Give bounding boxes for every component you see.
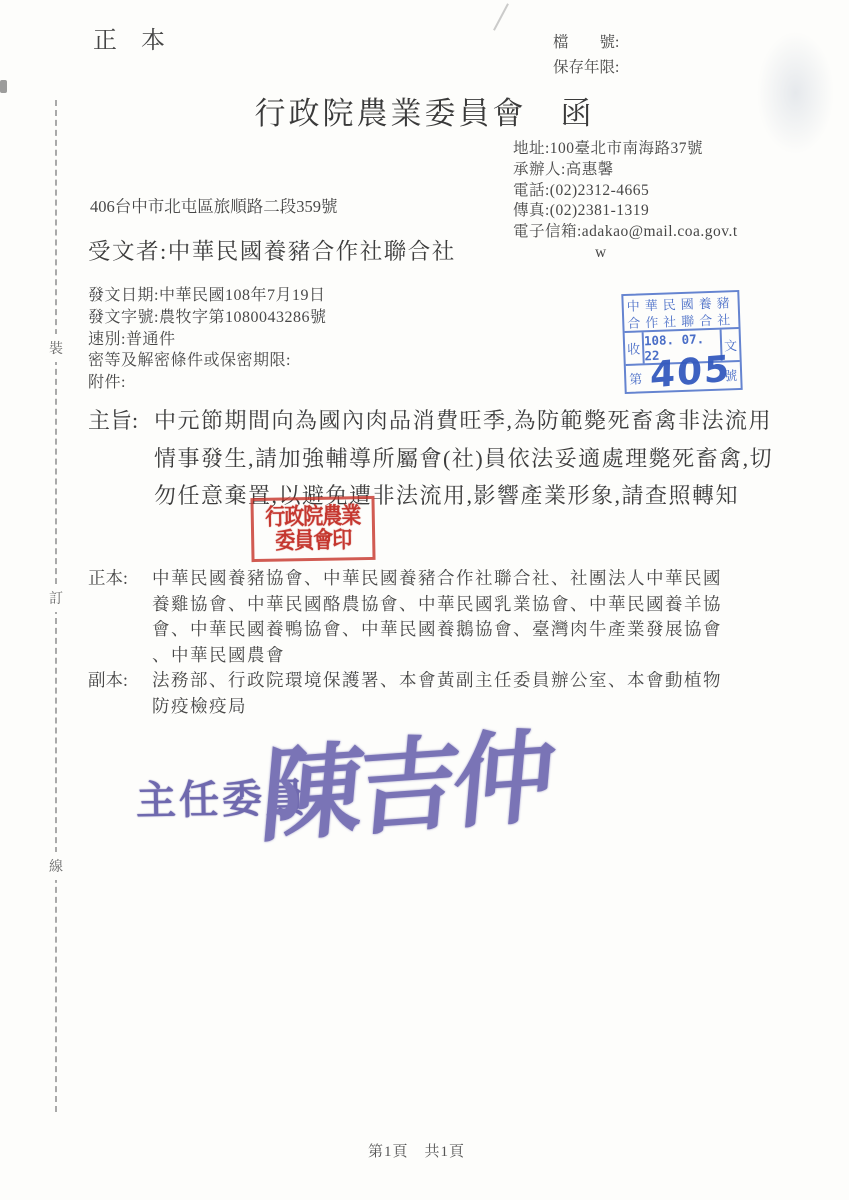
sender-address: 地址:100臺北市南海路37號 (513, 139, 738, 160)
security-class-line: 密等及解密條件或保密期限: (88, 350, 326, 372)
sender-phone: 電話:(02)2312-4665 (513, 181, 738, 202)
sender-email-wrap: w (513, 243, 738, 264)
page-number: 第1頁 共1頁 (368, 1140, 465, 1161)
copy-type-label: 正 本 (93, 20, 165, 55)
recipient-line: 受文者:中華民國養豬合作社聯合社 (88, 234, 456, 266)
recipient-mailing-address: 406台中市北屯區旅順路二段359號 (90, 193, 338, 217)
sender-contact-person: 承辦人:高惠馨 (513, 160, 738, 181)
sender-contact-block: 地址:100臺北市南海路37號 承辦人:高惠馨 電話:(02)2312-4665… (513, 139, 738, 264)
official-seal: 行政院農業 委員會印 (250, 496, 375, 562)
handwritten-receipt-number: 405 (650, 348, 732, 396)
scan-mark (493, 3, 509, 30)
sender-fax: 傳真:(02)2381-1319 (513, 201, 738, 222)
binding-mark-zhuang: 裝 (47, 334, 65, 362)
receipt-stamp-receive-char: 收 (625, 332, 643, 364)
document-title: 行政院農業委員會 函 (0, 88, 849, 133)
document-meta-block: 發文日期:中華民國108年7月19日 發文字號:農牧字第1080043286號 … (88, 285, 326, 394)
receipt-stamp-org: 中華民國養豬 合作社聯合社 (623, 292, 738, 333)
binding-mark-xian: 線 (47, 852, 65, 880)
scanned-letter-page: 裝 訂 線 正 本 檔 號: 保存年限: 行政院農業委員會 函 地址:100臺北… (0, 0, 849, 1200)
original-recipients-text: 中華民國養豬協會、中華民國養豬合作社聯合社、社團法人中華民國養雞協會、中華民國酪… (152, 568, 722, 665)
subject-label: 主旨: (88, 402, 154, 440)
recipient-label: 受文者: (88, 239, 168, 264)
file-number-label: 檔 號: (553, 30, 619, 52)
sender-email: 電子信箱:adakao@mail.coa.gov.t (513, 222, 738, 243)
reference-number-line: 發文字號:農牧字第1080043286號 (88, 307, 326, 329)
subject-paragraph: 主旨:中元節期間向為國內肉品消費旺季,為防範斃死畜禽非法流用情事發生,請加強輔導… (88, 402, 774, 515)
speed-class-line: 速別:普通件 (88, 329, 326, 351)
distribution-block: 正本:中華民國養豬協會、中華民國養豬合作社聯合社、社團法人中華民國養雞協會、中華… (88, 566, 728, 719)
binding-mark-ding: 訂 (47, 584, 65, 612)
issue-date-line: 發文日期:中華民國108年7月19日 (88, 285, 326, 307)
official-seal-row2: 委員會印 (275, 527, 351, 556)
retention-period-label: 保存年限: (553, 55, 619, 77)
recipient-name: 中華民國養豬合作社聯合社 (168, 239, 456, 264)
signer-signature: 陳吉仲 (256, 695, 556, 862)
subject-text: 中元節期間向為國內肉品消費旺季,為防範斃死畜禽非法流用情事發生,請加強輔導所屬會… (154, 408, 773, 508)
original-recipients: 正本:中華民國養豬協會、中華民國養豬合作社聯合社、社團法人中華民國養雞協會、中華… (88, 566, 728, 668)
copy-recipients-label: 副本: (88, 668, 152, 694)
receipt-stamp-no-prefix: 第 (629, 368, 643, 387)
attachment-line: 附件: (88, 372, 326, 394)
original-recipients-label: 正本: (88, 566, 152, 592)
